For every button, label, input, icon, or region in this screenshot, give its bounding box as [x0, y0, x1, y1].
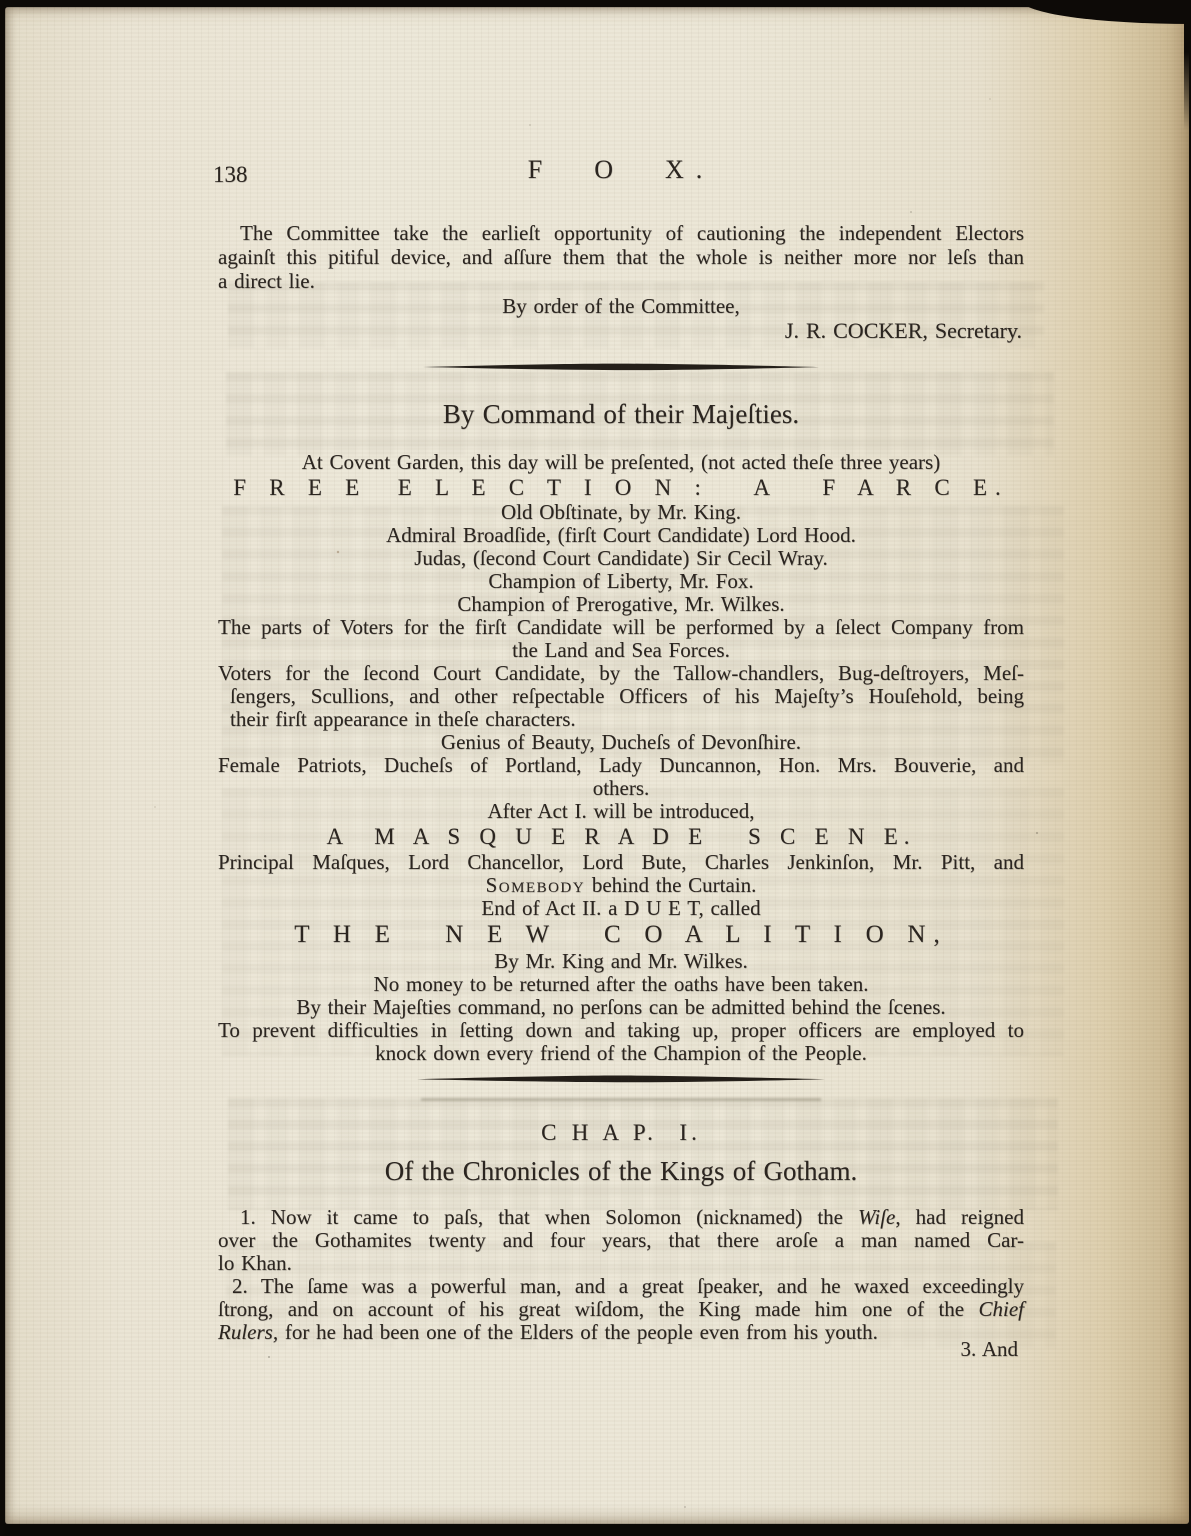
patriots-line-2: others. — [218, 777, 1024, 800]
committee-notice: The Committee take the earlieſt opportun… — [218, 221, 1024, 293]
verse-1-text: , had reigned — [895, 1205, 1024, 1229]
patriots-line-1: Female Patriots, Ducheſs of Portland, La… — [218, 754, 1024, 777]
playbill-title: F R E E E L E C T I O N : A F A R C E. — [218, 474, 1024, 501]
voters-second-line-1: Voters for the ſecond Court Candidate, b… — [218, 662, 1024, 685]
tapered-rule — [218, 362, 1024, 372]
playbill: At Covent Garden, this day will be preſe… — [218, 451, 1024, 1065]
masques-line-2: Somebody behind the Curtain. — [218, 874, 1024, 897]
masquerade-title: A M A S Q U E R A D E S C E N E. — [218, 823, 1024, 851]
note-majesties-command: By their Majeſties command, no perſons c… — [218, 996, 1024, 1019]
tapered-rule — [218, 1074, 1024, 1084]
voters-first-line-2: the Land and Sea Forces. — [218, 639, 1024, 662]
notice-line-2: againſt this pitiful device, and aſſure … — [218, 245, 1024, 269]
voters-second-line-2: ſengers, Scullions, and other reſpectabl… — [218, 685, 1024, 708]
chapter-title: Of the Chronicles of the Kings of Gotham… — [218, 1156, 1024, 1187]
voters-second-line-3: their firſt appearance in theſe characte… — [218, 708, 1024, 731]
playbill-announcement: At Covent Garden, this day will be preſe… — [218, 451, 1024, 474]
notice-line-1: The Committee take the earlieſt opportun… — [218, 221, 1024, 245]
after-act-line: After Act I. will be introduced, — [218, 800, 1024, 823]
by-command-heading: By Command of their Majeſties. — [218, 399, 1024, 430]
masques-line-2-rest: behind the Curtain. — [585, 873, 756, 897]
notice-line-3: a direct lie. — [218, 269, 1024, 293]
verse-2-text: ſtrong, and on account of his great wiſd… — [218, 1297, 979, 1321]
cast-line: Champion of Prerogative, Mr. Wilkes. — [218, 593, 1024, 616]
printed-content: 138 F O X. The Committee take the earlie… — [0, 0, 1191, 1536]
verse-1-line-1: 1. Now it came to paſs, that when Solomo… — [218, 1206, 1024, 1229]
verse-1-italic: Wiſe — [858, 1205, 895, 1229]
somebody-smallcaps: Somebody — [486, 873, 586, 897]
rule-echo — [218, 1098, 1024, 1101]
duet-line: End of Act II. a D U E T, called — [218, 897, 1024, 920]
notice-signature: J. R. COCKER, Secretary. — [218, 318, 1024, 344]
voters-first-line-1: The parts of Voters for the firſt Candid… — [218, 616, 1024, 639]
cast-line: Champion of Liberty, Mr. Fox. — [218, 570, 1024, 593]
note-no-money: No money to be returned after the oaths … — [218, 973, 1024, 996]
notice-byline: By order of the Committee, — [218, 294, 1024, 319]
chapter-heading: C H A P. I. — [218, 1120, 1024, 1146]
scanned-book-page: 138 F O X. The Committee take the earlie… — [0, 0, 1191, 1536]
verse-1-line-2: over the Gothamites twenty and four year… — [218, 1229, 1024, 1252]
cast-line: Admiral Broadſide, (firſt Court Candidat… — [218, 524, 1024, 547]
note-prevent-line-2: knock down every friend of the Champion … — [218, 1042, 1024, 1065]
chapter-verses: 1. Now it came to paſs, that when Solomo… — [218, 1206, 1024, 1344]
catchword: 3. And — [218, 1337, 1024, 1362]
note-prevent-line-1: To prevent difficulties in ſetting down … — [218, 1019, 1024, 1042]
verse-1-line-3: lo Khan. — [218, 1252, 1024, 1275]
masques-line-1: Principal Maſques, Lord Chancellor, Lord… — [218, 851, 1024, 874]
genius-line: Genius of Beauty, Ducheſs of Devonſhire. — [218, 731, 1024, 754]
coalition-title: T H E N E W C O A L I T I O N, — [218, 920, 1024, 950]
verse-2-line-1: 2. The ſame was a powerful man, and a gr… — [218, 1275, 1024, 1298]
verse-2-line-2: ſtrong, and on account of his great wiſd… — [218, 1298, 1024, 1321]
cast-line: Judas, (ſecond Court Candidate) Sir Ceci… — [218, 547, 1024, 570]
verse-1-text: 1. Now it came to paſs, that when Solomo… — [240, 1205, 858, 1229]
running-title: F O X. — [218, 155, 1024, 185]
coalition-by-line: By Mr. King and Mr. Wilkes. — [218, 950, 1024, 973]
verse-2-italic: Chief — [979, 1297, 1025, 1321]
cast-line: Old Obſtinate, by Mr. King. — [218, 501, 1024, 524]
